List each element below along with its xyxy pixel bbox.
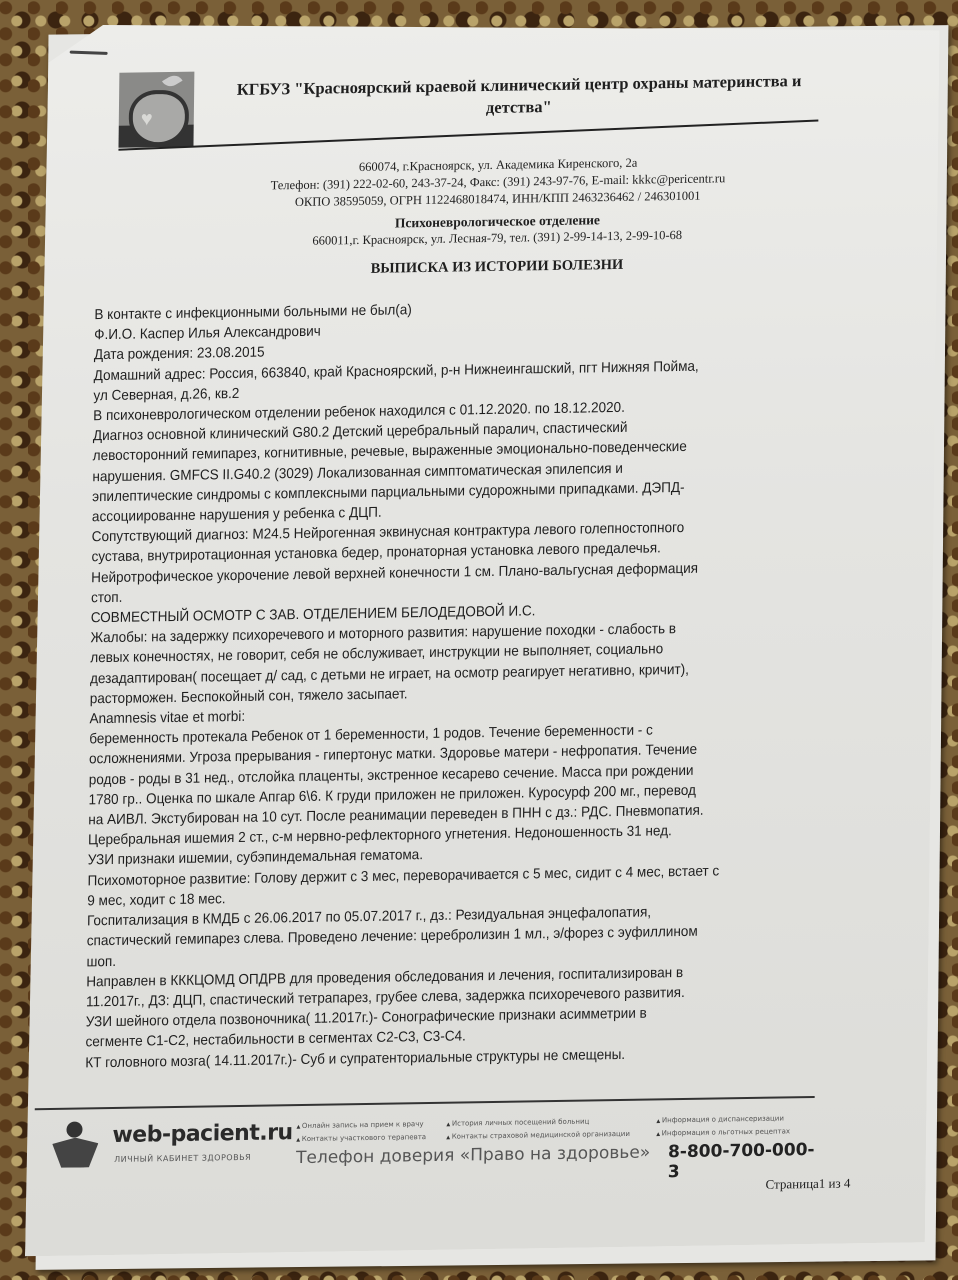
document-body: В контакте с инфекционными больными не б…: [85, 294, 809, 1073]
staple: [70, 51, 108, 55]
footer-link: Информация о диспансеризации: [656, 1114, 784, 1124]
footer-link: Информация о льготных рецептах: [656, 1127, 790, 1137]
footer-banner: web-pacient.ru ЛИЧНЫЙ КАБИНЕТ ЗДОРОВЬЯ О…: [46, 1110, 827, 1182]
header-divider: [118, 119, 818, 150]
footer-link: Контакты участкового терапевта: [296, 1133, 426, 1143]
document-page: ♥ КГБУЗ "Красноярский краевой клинически…: [25, 12, 940, 1257]
site-name: web-pacient.ru: [112, 1120, 293, 1148]
web-pacient-logo-icon: [46, 1121, 107, 1172]
hotline-label: Телефон доверия «Право на здоровье»: [296, 1143, 650, 1169]
organization-contacts: 660074, г.Красноярск, ул. Академика Кире…: [178, 152, 819, 213]
footer-links: Онлайн запись на прием к врачу Контакты …: [297, 1112, 837, 1120]
page-number: Страница1 из 4: [766, 1175, 851, 1192]
site-tagline: ЛИЧНЫЙ КАБИНЕТ ЗДОРОВЬЯ: [114, 1153, 251, 1164]
footer-divider: [35, 1096, 815, 1110]
department-block: Психоневрологическое отделение 660011,г.…: [177, 208, 817, 252]
clinic-logo-apple-icon: ♥: [118, 72, 194, 148]
organization-name: КГБУЗ "Красноярский краевой клинический …: [219, 70, 819, 123]
footer-link: История личных посещений больниц: [446, 1118, 589, 1128]
footer-link: Онлайн запись на прием к врачу: [296, 1120, 423, 1130]
document-title: ВЫПИСКА ИЗ ИСТОРИИ БОЛЕЗНИ: [177, 254, 817, 281]
footer-link: Контакты страховой медицинской организац…: [446, 1130, 630, 1141]
